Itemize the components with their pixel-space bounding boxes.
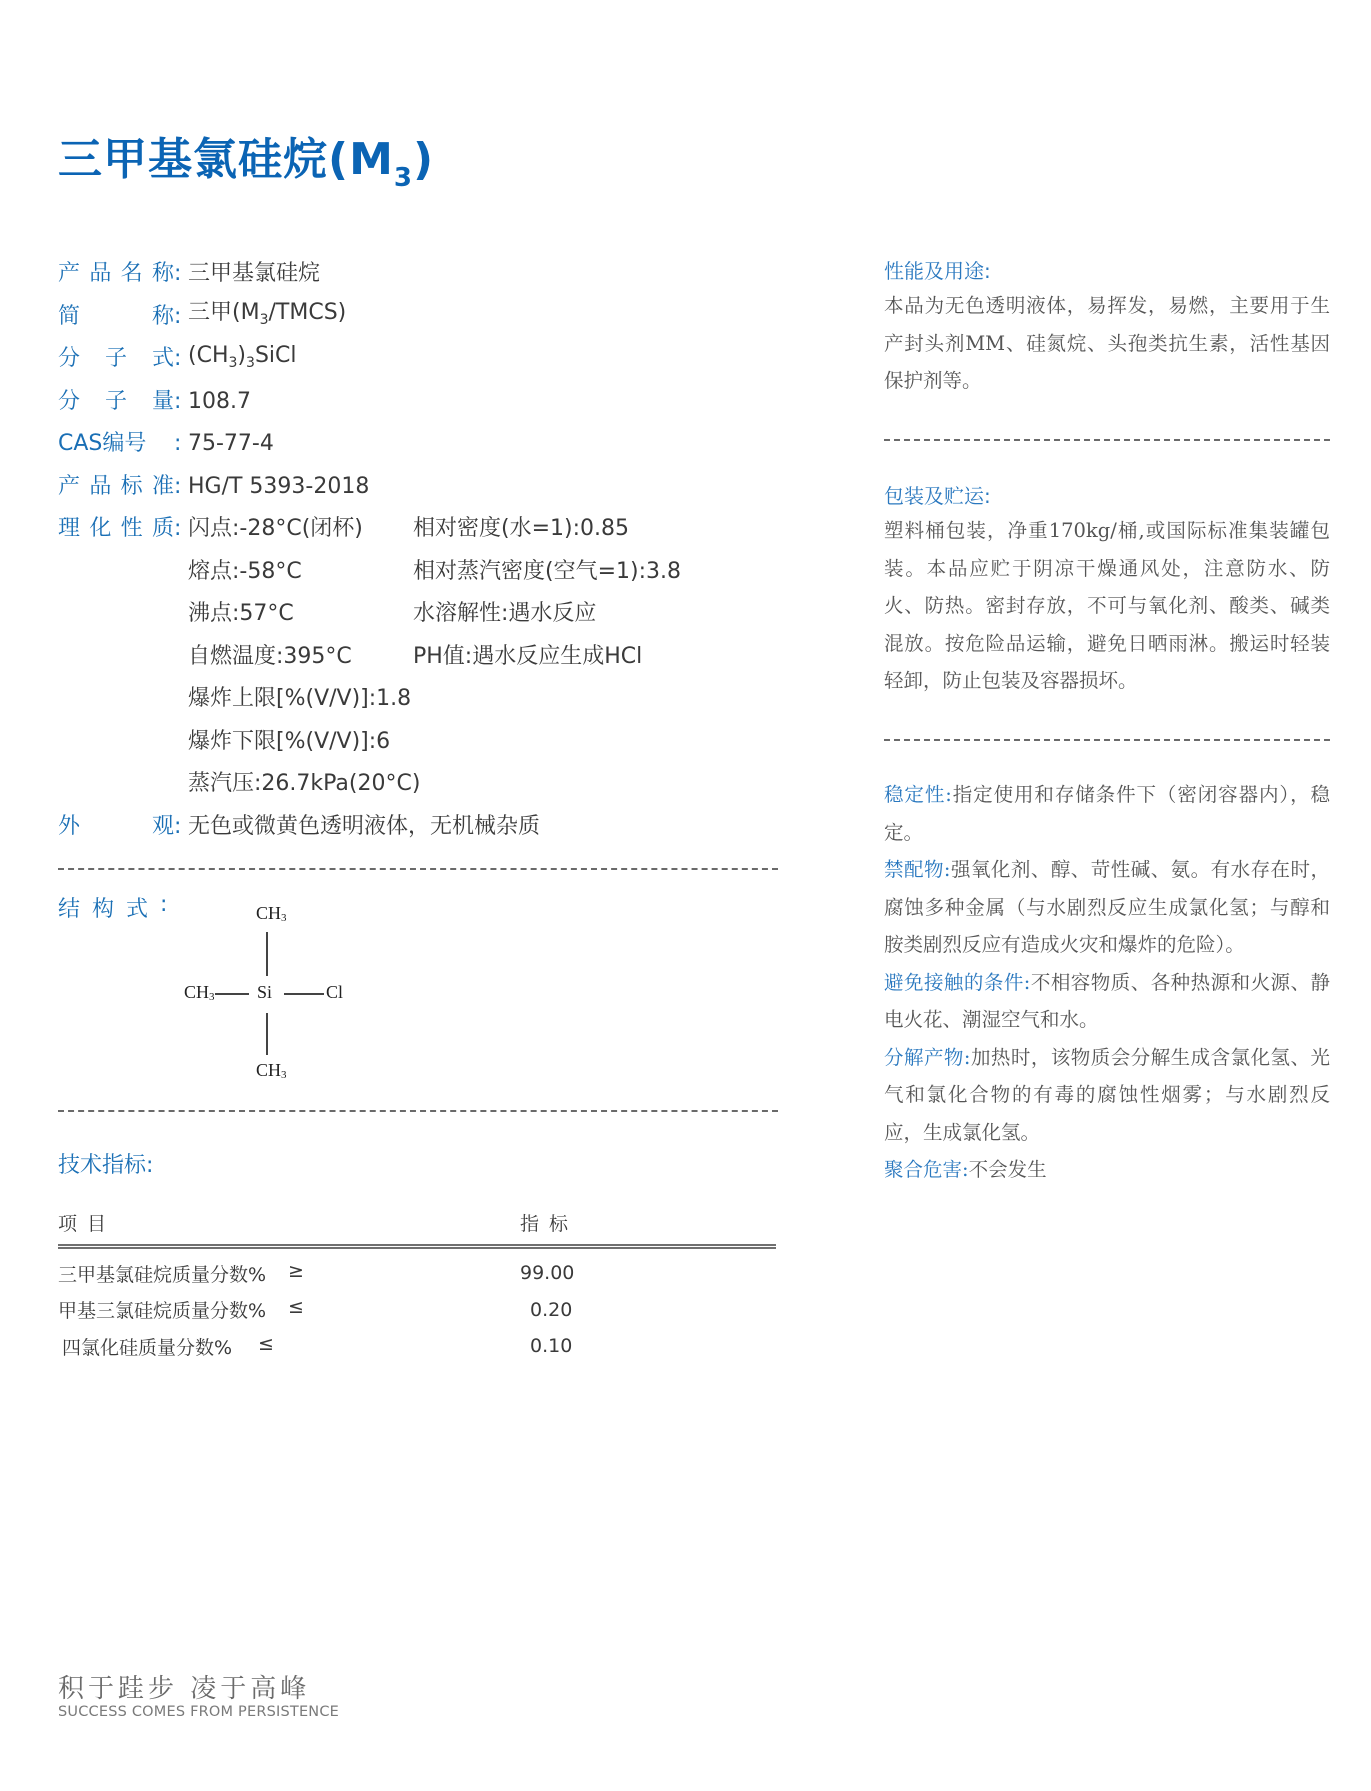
physchem-row: 自燃温度:395°CPH值:遇水反应生成HCl (58, 636, 778, 679)
table-row: 四氯化硅质量分数%≤ 0.10 (58, 1328, 776, 1365)
footer-slogan-cn: 积于跬步 凌于高峰 (58, 1668, 310, 1705)
usage-section: 性能及用途: 本品为无色透明液体，易挥发，易燃，主要用于生产封头剂MM、硅氮烷、… (884, 255, 1330, 400)
header-value: 指标 (520, 1209, 578, 1236)
group-left: CH3 (184, 982, 215, 1003)
prop-product-name: 产品名称 : 三甲基氯硅烷 (58, 253, 778, 296)
physchem-row: 闪点:-28°C(闭杯)相对密度(水=1):0.85 (188, 514, 629, 544)
safety-decomposition: 分解产物:加热时，该物质会分解生成含氯化氢、光气和氯化合物的有毒的腐蚀性烟雾；与… (884, 1039, 1330, 1152)
group-top: CH3 (256, 903, 287, 924)
safety-section: 稳定性:指定使用和存储条件下（密闭容器内），稳定。 禁配物:强氧化剂、醇、苛性碱… (884, 776, 1330, 1189)
bond-left (215, 993, 249, 995)
table-row: 三甲基氯硅烷质量分数%≥ 99.00 (58, 1255, 776, 1292)
prop-value: 75-77-4 (188, 429, 274, 459)
packaging-section: 包装及贮运: 塑料桶包装，净重170kg/桶,或国际标准集装罐包装。本品应贮于阴… (884, 480, 1330, 700)
prop-short-name: 简称 : 三甲(M3/TMCS) (58, 296, 778, 339)
packaging-title: 包装及贮运: (884, 480, 1330, 512)
divider (884, 739, 1330, 741)
atom-right: Cl (326, 982, 343, 1003)
prop-cas: CAS编号 : 75-77-4 (58, 423, 778, 466)
title-text: 三甲基氯硅烷(M (58, 134, 394, 185)
prop-value: 无色或微黄色透明液体，无机械杂质 (188, 812, 540, 842)
safety-avoid-conditions: 避免接触的条件:不相容物质、各种热源和火源、静电火花、潮湿空气和水。 (884, 964, 1330, 1039)
prop-appearance: 外观 : 无色或微黄色透明液体，无机械杂质 (58, 806, 778, 849)
physchem-row: 蒸汽压:26.7kPa(20°C) (58, 763, 778, 806)
prop-physchem: 理化性质 : 闪点:-28°C(闭杯)相对密度(水=1):0.85 (58, 508, 778, 551)
prop-value: 三甲(M3/TMCS) (188, 298, 346, 335)
prop-value: 三甲基氯硅烷 (188, 259, 320, 289)
usage-body: 本品为无色透明液体，易挥发，易燃，主要用于生产封头剂MM、硅氮烷、头孢类抗生素，… (884, 287, 1330, 400)
group-bottom: CH3 (256, 1060, 287, 1081)
prop-label: 理化性质 (58, 514, 174, 544)
header-item: 项目 (58, 1209, 520, 1236)
safety-stability: 稳定性:指定使用和存储条件下（密闭容器内），稳定。 (884, 776, 1330, 851)
prop-label: 产品名称 (58, 259, 174, 289)
divider (884, 439, 1330, 441)
prop-standard: 产品标准 : HG/T 5393-2018 (58, 466, 778, 509)
physchem-row: 爆炸上限[%(V/V)]:1.8 (58, 678, 778, 721)
bond-top (266, 932, 268, 976)
safety-polymerization: 聚合危害:不会发生 (884, 1151, 1330, 1189)
packaging-body: 塑料桶包装，净重170kg/桶,或国际标准集装罐包装。本品应贮于阴凉干燥通风处，… (884, 512, 1330, 700)
prop-label: 简称 (58, 302, 174, 332)
bond-bottom (266, 1013, 268, 1055)
prop-label: 外观 (58, 812, 174, 842)
prop-value: (CH3)3SiCl (188, 341, 297, 378)
structure-label: 结构式: (58, 892, 174, 923)
prop-value: 108.7 (188, 387, 251, 417)
prop-molecular-weight: 分子量 : 108.7 (58, 381, 778, 424)
footer-slogan-en: SUCCESS COMES FROM PERSISTENCE (58, 1704, 339, 1720)
usage-title: 性能及用途: (884, 255, 1330, 287)
atom-center: Si (257, 982, 272, 1003)
prop-formula: 分子式 : (CH3)3SiCl (58, 338, 778, 381)
prop-value: HG/T 5393-2018 (188, 472, 369, 502)
title-subscript: 3 (394, 163, 413, 193)
table-row: 甲基三氯硅烷质量分数%≤ 0.20 (58, 1292, 776, 1329)
prop-label: 产品标准 (58, 472, 174, 502)
prop-label: CAS编号 (58, 429, 174, 459)
prop-label: 分子式 (58, 344, 174, 374)
bond-right (284, 993, 324, 995)
divider (58, 868, 778, 870)
tech-specs-title: 技术指标: (58, 1148, 153, 1179)
product-properties: 产品名称 : 三甲基氯硅烷 简称 : 三甲(M3/TMCS) 分子式 : (CH… (58, 253, 778, 848)
page-title: 三甲基氯硅烷(M3) (58, 130, 434, 208)
title-close: ) (413, 134, 434, 185)
tech-specs-table: 项目 指标 三甲基氯硅烷质量分数%≥ 99.00 甲基三氯硅烷质量分数%≤ 0.… (58, 1200, 776, 1365)
physchem-row: 熔点:-58°C相对蒸汽密度(空气=1):3.8 (58, 551, 778, 594)
physchem-row: 沸点:57°C水溶解性:遇水反应 (58, 593, 778, 636)
divider (58, 1110, 778, 1112)
header-rule (58, 1244, 776, 1249)
table-header: 项目 指标 (58, 1200, 776, 1244)
physchem-row: 爆炸下限[%(V/V)]:6 (58, 721, 778, 764)
safety-incompatible: 禁配物:强氧化剂、醇、苛性碱、氨。有水存在时，腐蚀多种金属（与水剧烈反应生成氯化… (884, 851, 1330, 964)
prop-label: 分子量 (58, 387, 174, 417)
